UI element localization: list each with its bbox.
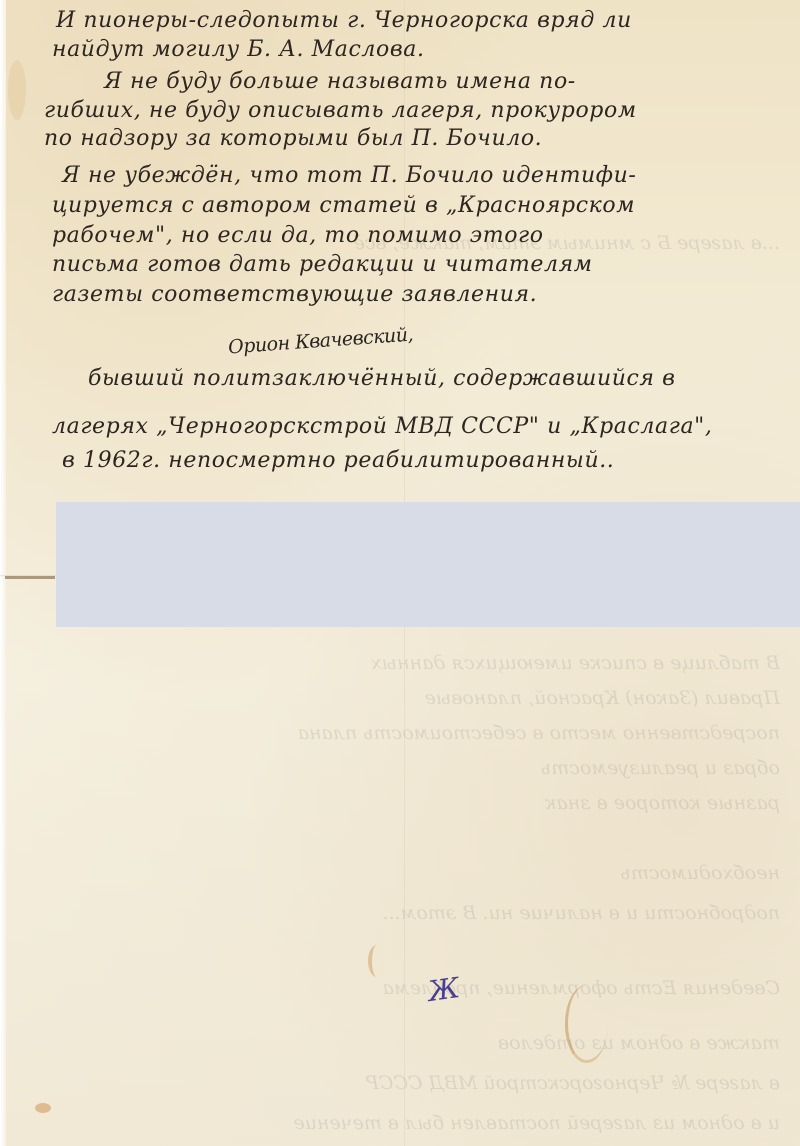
bleed-line: также в одном из отделов [20, 1030, 780, 1057]
bleed-line: в лагере № Черногорскстрой МВД СССР [20, 1070, 780, 1097]
letter-line: Я не буду больше называть имена по- [104, 69, 576, 94]
letter-line: гибших, не буду описывать лагеря, прокур… [44, 98, 637, 123]
letter-line: рабочем", но если да, то помимо этого [52, 223, 544, 248]
stain [35, 1103, 51, 1113]
page-edge [0, 0, 6, 1146]
bleed-line: Сведения Есть оформление, проблема [20, 975, 780, 1002]
stain [565, 985, 608, 1063]
letter-line: лагерях „Черногорскстрой МВД СССР" и „Кр… [52, 414, 713, 439]
redaction-block [56, 502, 800, 627]
initials-mark: Ж [426, 971, 462, 1008]
bleed-line: посредственно место в себестоимость план… [20, 720, 780, 747]
letter-line: цируется с автором статей в „Красноярско… [52, 193, 635, 218]
letter-line: Я не убеждён, что тот П. Бочило идентифи… [62, 163, 636, 188]
letter-line: в 1962г. непосмертно реабилитированный.. [62, 448, 614, 473]
letter-line: бывший политзаключённый, содержавшийся в [88, 366, 676, 391]
letter-line: найдут могилу Б. А. Маслова. [52, 37, 425, 62]
bleed-line: образ и реализуемость [20, 755, 780, 782]
bleed-line: подробности и в наличие ни. В этом... [20, 900, 780, 927]
bleed-line: и в одном из лагерей поставлен был в теч… [20, 1110, 780, 1137]
stain [368, 945, 386, 977]
bleed-line: В таблице в списке имеющихся данных [20, 650, 780, 677]
bleed-line: Правил (Закон) Красной, плановые [20, 685, 780, 712]
bleed-line: необходимость [20, 860, 780, 887]
letter-line: И пионеры-следопыты г. Черногорска вряд … [56, 8, 632, 33]
bleed-line: разные которое в знак [20, 790, 780, 817]
crease-mark [5, 576, 55, 579]
stain [8, 60, 26, 120]
letter-line: по надзору за которыми был П. Бочило. [44, 126, 542, 151]
letter-line: газеты соответствующие заявления. [52, 282, 537, 307]
letter-line: письма готов дать редакции и читателям [52, 252, 593, 277]
